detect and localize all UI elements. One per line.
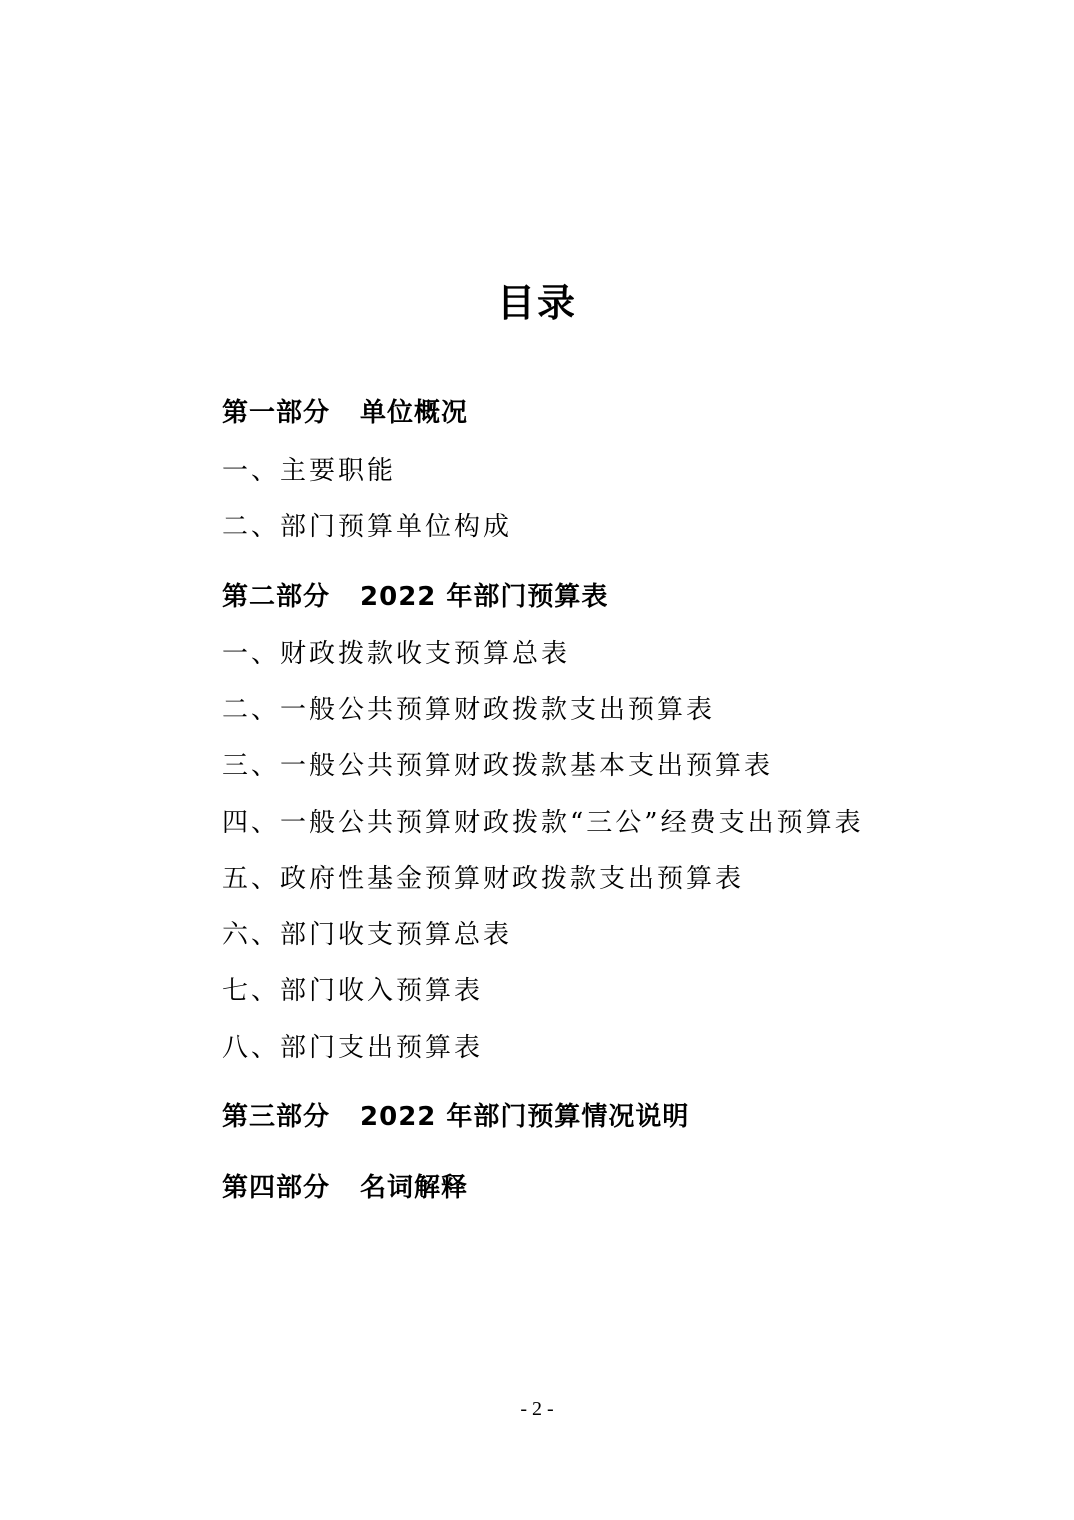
part-title: 2022 年部门预算情况说明 [360, 1102, 689, 1132]
toc-item: 三、一般公共预算财政拨款基本支出预算表 [222, 745, 773, 782]
part-label: 第二部分 [222, 582, 330, 612]
part-title: 单位概况 [360, 398, 468, 428]
page-number: - 2 - [0, 1398, 1074, 1421]
toc-item: 一、财政拨款收支预算总表 [222, 633, 570, 670]
toc-item: 四、一般公共预算财政拨款“三公”经费支出预算表 [222, 802, 864, 839]
document-title: 目录 [0, 272, 1074, 327]
part-label: 第三部分 [222, 1102, 330, 1132]
toc-item: 八、部门支出预算表 [222, 1027, 483, 1064]
toc-part-1: 第一部分单位概况 [222, 392, 468, 429]
toc-part-3: 第三部分2022 年部门预算情况说明 [222, 1096, 689, 1133]
toc-part-4: 第四部分名词解释 [222, 1167, 468, 1204]
part-label: 第四部分 [222, 1173, 330, 1203]
part-title: 名词解释 [360, 1173, 468, 1203]
toc-item: 七、部门收入预算表 [222, 970, 483, 1007]
toc-item: 六、部门收支预算总表 [222, 914, 512, 951]
toc-part-2: 第二部分2022 年部门预算表 [222, 576, 608, 613]
toc-item: 二、一般公共预算财政拨款支出预算表 [222, 689, 715, 726]
toc-item: 二、部门预算单位构成 [222, 506, 512, 543]
part-title: 2022 年部门预算表 [360, 582, 608, 612]
toc-item: 一、主要职能 [222, 450, 396, 487]
part-label: 第一部分 [222, 398, 330, 428]
toc-item: 五、政府性基金预算财政拨款支出预算表 [222, 858, 744, 895]
